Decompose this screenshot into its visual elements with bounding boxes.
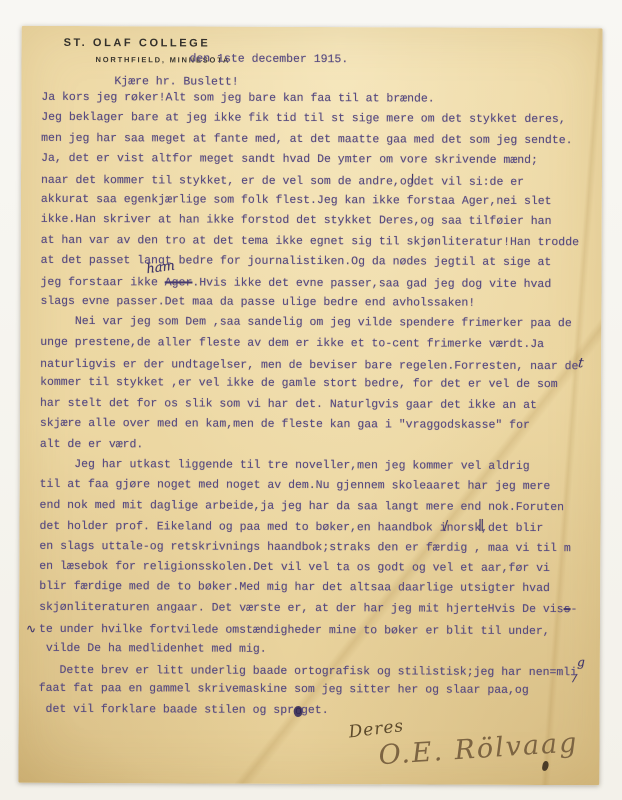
typed-line: skjære alle over med en kam,men de flest… (40, 414, 596, 437)
typed-line: alt de er værd. (40, 434, 596, 457)
typed-text: alt de er værd. (40, 437, 144, 450)
typed-line: end nok med mit daglige arbeide,ja jeg h… (40, 496, 596, 519)
typed-text: naar det kommer til stykket, er de vel s… (41, 173, 414, 188)
typed-text: at det passet langt bedre for journalist… (41, 254, 552, 269)
scan-background: { "colors": { "scan_bg": "#f6f4ef", "pap… (0, 0, 622, 800)
typed-date: den 1ste december 1915. (189, 52, 348, 66)
typed-text: ,det blir (481, 522, 543, 535)
typed-line: vilde De ha medlidenhet med mig. (39, 638, 595, 661)
typed-text: kommer til stykket ,er vel ikke de gamle… (40, 376, 558, 391)
salutation: Kjære hr. Buslett! (114, 75, 238, 89)
typed-text: ikke.Han skriver at han ikke forstod det… (41, 213, 552, 228)
typed-line: Jeg beklager bare at jeg ikke fik tid ti… (41, 108, 597, 131)
mark-pen-add: t (577, 353, 585, 374)
typed-line: at han var av den tro at det tema ikke e… (41, 231, 597, 254)
typed-text: te under hvilke fortvilede omstændighede… (39, 623, 550, 638)
typed-text: get. (301, 704, 329, 717)
typed-text: faat fat paa en gammel skrivemaskine som… (39, 682, 529, 697)
typed-line: Ja, det er vist altfor meget sandt hvad … (41, 149, 597, 172)
typed-text: Jeg beklager bare at jeg ikke fik tid ti… (41, 111, 566, 126)
typed-line: blir færdige med de to bøker.Med mig har… (39, 577, 595, 600)
typed-line: jeg forstaar ikke Agerham.Hvis ikke det … (40, 271, 596, 294)
typed-text: vilde De ha medlidenhet med mig. (39, 641, 267, 655)
typed-text: slags evne passer.Det maa da passe ulige… (40, 295, 475, 310)
typed-text: Dette brev er litt underlig baade ortogr… (39, 664, 577, 679)
typed-text: skjære alle over med en kam,men de flest… (40, 417, 530, 432)
typed-text: unge prestene,de aller fleste av dem er … (40, 336, 544, 351)
handwritten-signature: O.E. Rölvaag (378, 727, 580, 771)
typed-text: det vil forklare baade stilen og spr (39, 703, 294, 717)
letterhead-college: ST. OLAF COLLEGE (64, 37, 211, 50)
typed-line: en slags uttale-og retskrivnings haandbo… (39, 536, 595, 559)
typed-text: jeg forstaar ikke (41, 275, 165, 289)
typed-line: Nei var jeg som Dem ,saa sandelig om jeg… (40, 312, 596, 335)
typed-line: slags evne passer.Det maa da passe ulige… (40, 292, 596, 315)
typed-text: har stelt det for os slik som vi har det… (40, 397, 537, 412)
typed-text: blir færdige med de to bøker.Med mig har… (39, 580, 550, 595)
typed-text: .Hvis ikke det evne passer,saa gad jeg d… (192, 276, 551, 291)
typed-line: naturligvis er der undtagelser, men de b… (40, 353, 596, 376)
typed-line: faat fat paa en gammel skrivemaskine som… (39, 679, 595, 702)
typed-text: en læsebok for religionsskolen.Det vil v… (39, 560, 550, 575)
typed-line: det holder prof. Eikeland og paa med to … (39, 516, 595, 539)
typed-text: men jeg har saa meget at fante med, at d… (41, 132, 572, 147)
typed-line: har stelt det for os slik som vi har det… (40, 394, 596, 417)
typed-text: - (570, 603, 577, 616)
typed-text: Ja kors jeg røker!Alt som jeg bare kan f… (41, 91, 434, 106)
mark-strike: Ager (165, 276, 193, 289)
typed-text: en slags uttale-og retskrivnings haandbo… (39, 539, 570, 554)
typed-line: ∿te under hvilke fortvilede omstændighed… (39, 618, 595, 641)
typed-text: at han var av den tro at det tema ikke e… (41, 234, 579, 249)
typed-line: skjønliteraturen angaar. Det værste er, … (39, 598, 595, 621)
typed-text: skjønliteraturen angaar. Det værste er, … (39, 601, 564, 616)
typed-line: en læsebok for religionsskolen.Det vil v… (39, 557, 595, 580)
typed-line: unge prestene,de aller fleste av dem er … (40, 333, 596, 356)
typed-text: naturligvis er der undtagelser, men de b… (40, 358, 578, 373)
typed-line: til at faa gjøre noget med noget av dem.… (40, 475, 596, 498)
typed-text: Jeg har utkast liggende til tre noveller… (40, 458, 530, 473)
typed-line: Dette brev er litt underlig baade ortogr… (39, 659, 595, 682)
typed-text: til at faa gjøre noget med noget av dem.… (40, 478, 551, 493)
typed-text: Ja, det er vist altfor meget sandt hvad … (41, 152, 538, 167)
typed-line: ikke.Han skriver at han ikke forstod det… (41, 210, 597, 233)
typed-text: norsk (447, 522, 482, 535)
typed-text: akkurat saa egenkjærlige som folk flest.… (41, 193, 552, 208)
letter-paper: ST. OLAF COLLEGE NORTHFIELD, MINNESOTA d… (18, 26, 602, 786)
typed-text: det holder prof. Eikeland og paa med to … (39, 520, 446, 535)
typed-text: det vil si:de er (414, 175, 524, 188)
typed-line: at det passet langt bedre for journalist… (41, 251, 597, 274)
typed-text: end nok med mit daglige arbeide,ja jeg h… (40, 499, 565, 514)
typed-line: Jeg har utkast liggende til tre noveller… (40, 455, 596, 478)
typed-line: det vil forklare baade stilen og sproget… (39, 700, 595, 723)
ink-spot (542, 761, 550, 772)
typed-line: naar det kommer til stykket, er de vel s… (41, 169, 597, 192)
typed-text: Nei var jeg som Dem ,saa sandelig om jeg… (40, 315, 571, 330)
typed-line: Ja kors jeg røker!Alt som jeg bare kan f… (41, 88, 597, 111)
typed-line: kommer til stykket ,er vel ikke de gamle… (40, 373, 596, 396)
letter-body: Ja kors jeg røker!Alt som jeg bare kan f… (39, 88, 598, 723)
typed-line: men jeg har saa meget at fante med, at d… (41, 129, 597, 152)
typed-line: akkurat saa egenkjærlige som folk flest.… (41, 190, 597, 213)
